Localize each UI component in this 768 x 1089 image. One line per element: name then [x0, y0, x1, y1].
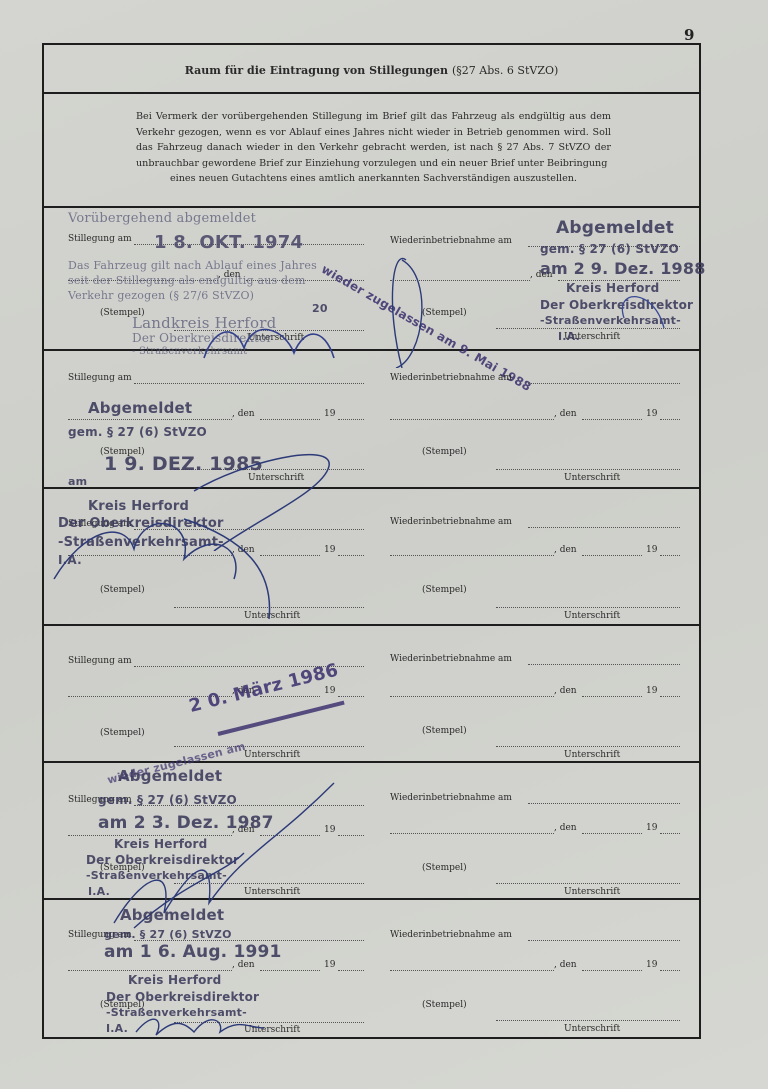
entry-3: Stillegung am , den 19 (Stempel) Untersc… [44, 489, 699, 626]
unterschrift-label: Unterschrift [564, 611, 620, 621]
wiederinbetriebnahme-label: Wiederinbetriebnahme am [390, 930, 512, 940]
den-label: , den [554, 960, 577, 970]
wiederinbetriebnahme-section: Wiederinbetriebnahme am , den 19 (Stempe… [390, 626, 680, 761]
entry-5: Stillegung am , den 19 (Stempel) Untersc… [44, 763, 699, 900]
unterschrift-label: Unterschrift [564, 887, 620, 897]
stempel-label: (Stempel) [422, 726, 467, 736]
unterschrift-label: Unterschrift [244, 750, 300, 760]
year-prefix: 19 [646, 686, 657, 696]
intro-last-line: eines neuen Gutachtens eines amtlich ane… [136, 171, 611, 187]
signature-ink [44, 489, 364, 629]
stamp-bar [218, 701, 345, 736]
form-title-bold: Raum für die Eintragung von Stillegungen [185, 64, 448, 77]
unterschrift-label: Unterschrift [564, 473, 620, 483]
wiederinbetriebnahme-label: Wiederinbetriebnahme am [390, 517, 512, 527]
signature-ink [144, 208, 704, 368]
wiederinbetriebnahme-section: Wiederinbetriebnahme am , den 19 (Stempe… [390, 763, 680, 898]
stempel-label: (Stempel) [422, 585, 467, 595]
stempel-label: (Stempel) [100, 728, 145, 738]
wiederinbetriebnahme-section: Wiederinbetriebnahme am , den 19 (Stempe… [390, 351, 680, 487]
intro-text: Bei Vermerk der vorübergehenden Stillegu… [136, 111, 611, 169]
form-title-reference: (§27 Abs. 6 StVZO) [452, 64, 558, 77]
den-label: , den [554, 409, 577, 419]
wiederinbetriebnahme-label: Wiederinbetriebnahme am [390, 373, 512, 383]
deregistration-form: Raum für die Eintragung von Stillegungen… [42, 43, 701, 1039]
entry-4: Stillegung am , den 19 (Stempel) Untersc… [44, 626, 699, 763]
form-title: Raum für die Eintragung von Stillegungen… [44, 45, 699, 94]
stempel-label: (Stempel) [422, 1000, 467, 1010]
year-prefix: 19 [324, 686, 335, 696]
unterschrift-label: Unterschrift [564, 750, 620, 760]
entry-1: Stillegung am , den (Stempel) Unterschri… [44, 208, 699, 351]
year-prefix: 19 [646, 960, 657, 970]
page-number: 9 [684, 26, 694, 44]
stempel-label: (Stempel) [422, 447, 467, 457]
entry-6: Stillegung am , den 19 (Stempel) Untersc… [44, 900, 699, 1037]
wiederinbetriebnahme-label: Wiederinbetriebnahme am [390, 654, 512, 664]
den-label: , den [554, 823, 577, 833]
stillegung-label: Stillegung am [68, 656, 132, 666]
signature-ink [44, 900, 364, 1040]
year-prefix: 19 [646, 545, 657, 555]
year-prefix: 19 [646, 409, 657, 419]
wiederinbetriebnahme-label: Wiederinbetriebnahme am [390, 793, 512, 803]
document-page: 9 Raum für die Eintragung von Stillegung… [0, 0, 768, 1089]
stillegung-label: Stillegung am [68, 234, 132, 244]
year-prefix: 19 [646, 823, 657, 833]
stempel-label: (Stempel) [422, 863, 467, 873]
wiederinbetriebnahme-section: Wiederinbetriebnahme am , den 19 (Stempe… [390, 489, 680, 624]
entry-2: Stillegung am , den 19 (Stempel) Untersc… [44, 351, 699, 489]
unterschrift-label: Unterschrift [564, 1024, 620, 1034]
den-label: , den [554, 545, 577, 555]
intro-paragraph: Bei Vermerk der vorübergehenden Stillegu… [44, 94, 699, 208]
den-label: , den [554, 686, 577, 696]
wiederinbetriebnahme-section: Wiederinbetriebnahme am , den 19 (Stempe… [390, 900, 680, 1037]
stillegung-section: Stillegung am , den 19 (Stempel) Untersc… [68, 626, 364, 761]
